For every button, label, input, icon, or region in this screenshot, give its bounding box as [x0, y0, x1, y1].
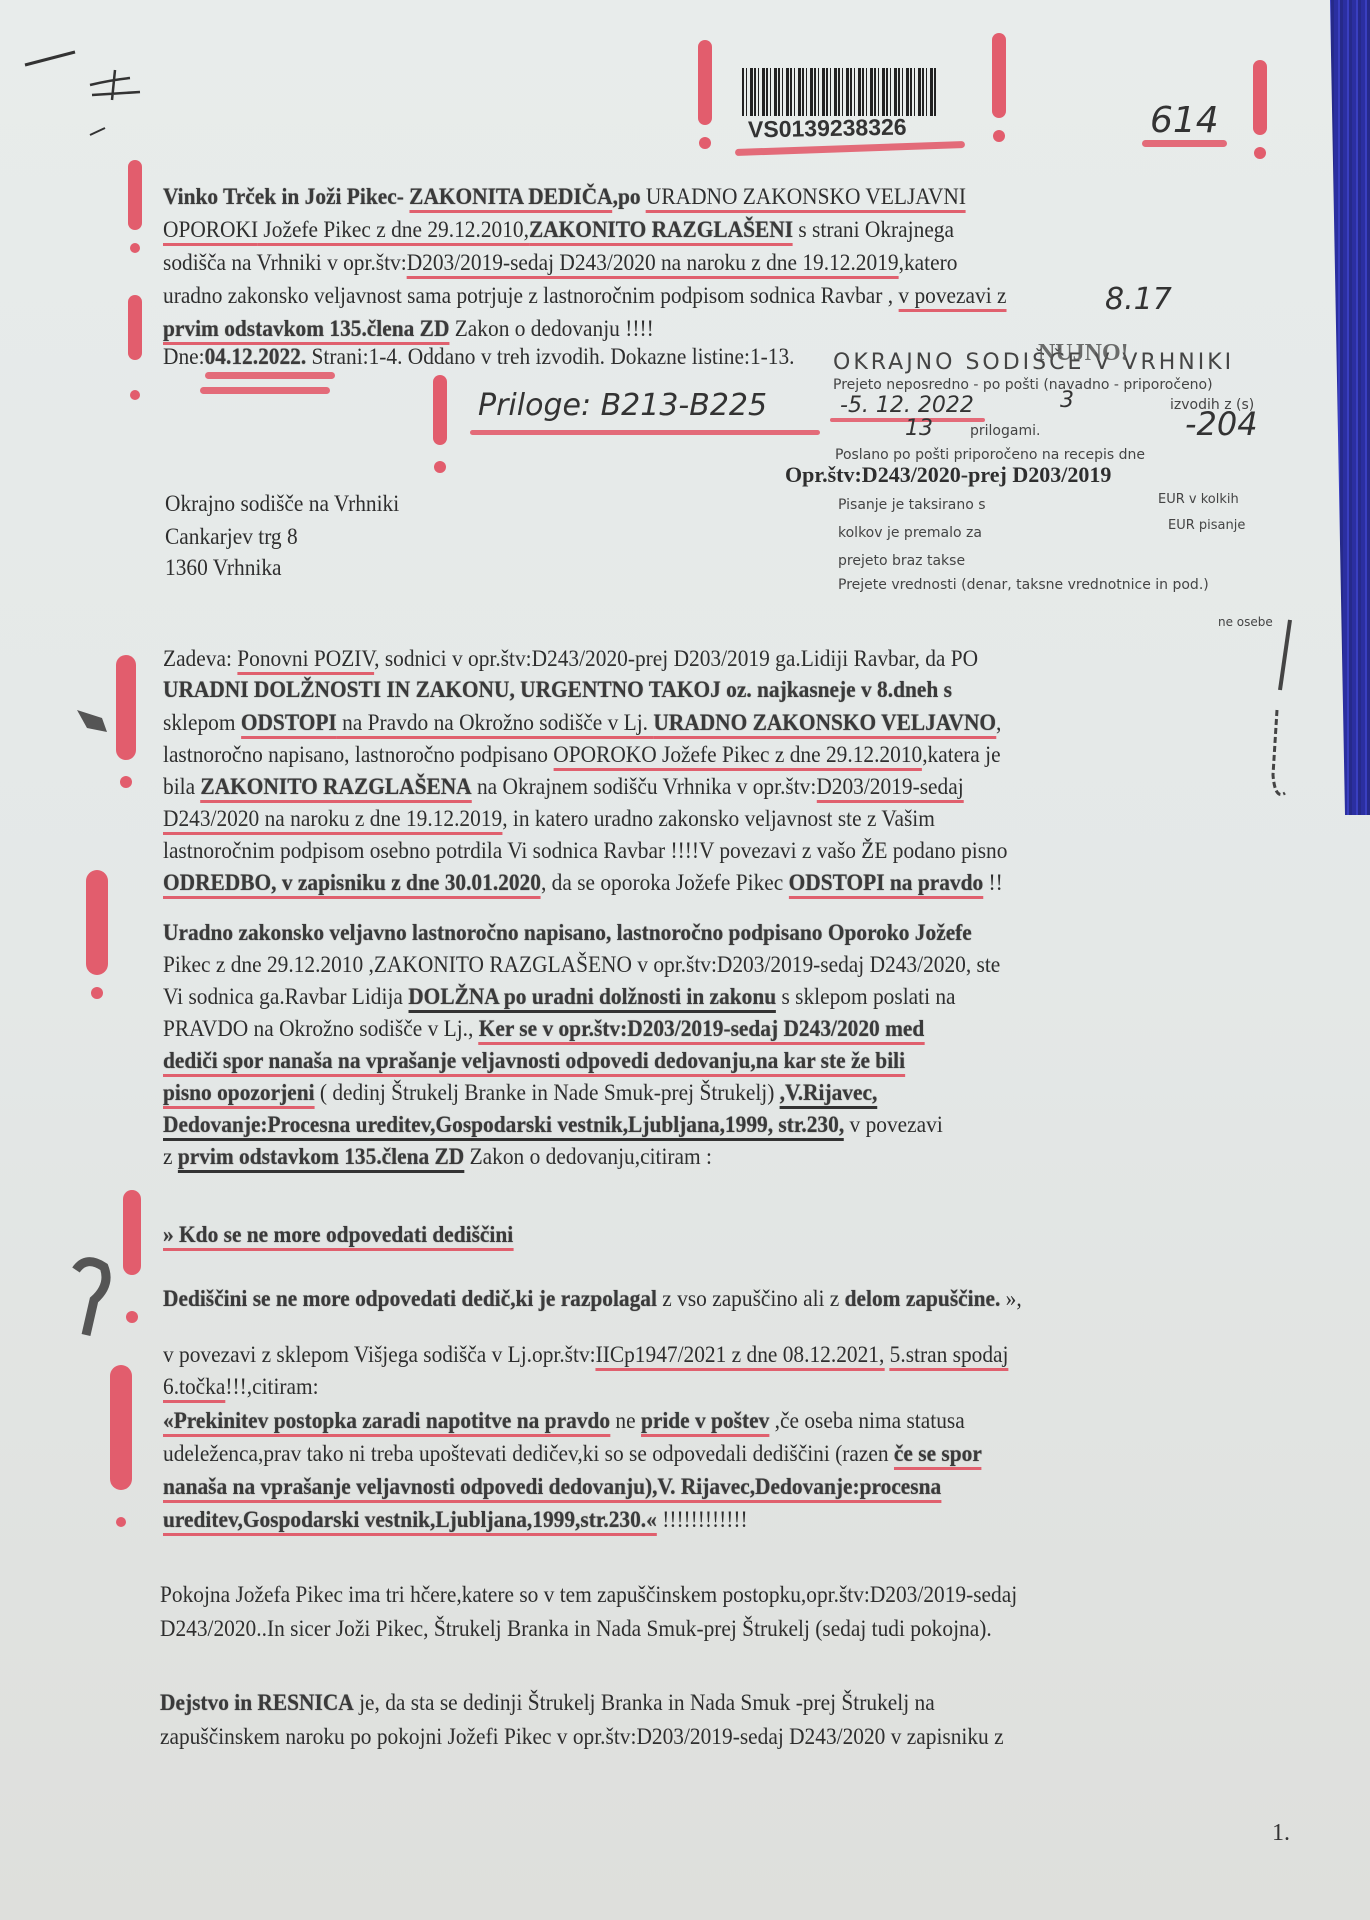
stamp-fee-line-2: kolkov je premalo za [838, 525, 982, 541]
header-line-2: OPOROKI Jožefe Pikec z dne 29.12.2010,ZA… [163, 213, 954, 246]
red-exclamation-margin-icon [108, 650, 144, 850]
handwritten-number: 614 [1150, 100, 1219, 141]
para2-line-6: pisno opozorjeni ( dedinj Štrukelj Brank… [163, 1076, 877, 1109]
para2-line-2: Pikec z dne 29.12.2010 ,ZAKONITO RAZGLAŠ… [163, 948, 1000, 981]
recipient-name: Okrajno sodišče na Vrhniki [165, 487, 399, 520]
stamp-fee-line-1-end: EUR v kolkih [1158, 492, 1239, 507]
subject-line-3: sklepom ODSTOPI na Pravdo na Okrožno sod… [163, 706, 1001, 739]
para4-line-1: Pokojna Jožefa Pikec ima tri hčere,kater… [160, 1578, 1017, 1611]
case-number: Opr.štv:D243/2020-prej D203/2019 [785, 462, 1111, 488]
para3-line-4: udeleženca,prav tako ni treba upoštevati… [163, 1437, 982, 1470]
stamp-received-date: -5. 12. 2022 [840, 393, 974, 418]
red-exclamation-icon [425, 370, 455, 485]
stamp-copies-value: 3 [1060, 388, 1074, 413]
recipient-city: 1360 Vrhnika [165, 551, 282, 584]
urgent-stamp: NUJNO! [1038, 340, 1129, 367]
para5-line-2: zapuščinskem naroku po pokojni Jožefi Pi… [160, 1720, 1004, 1753]
stamp-fee-line-3: prejeto braz takse [838, 553, 965, 569]
para2-line-5: dediči spor nanaša na vprašanje veljavno… [163, 1044, 905, 1077]
para3-line-3: «Prekinitev postopka zaradi napotitve na… [163, 1404, 965, 1437]
red-exclamation-icon [690, 35, 720, 155]
recipient-street: Cankarjev trg 8 [165, 520, 298, 553]
para4-line-2: D243/2020..In sicer Joži Pikec, Štrukelj… [160, 1612, 992, 1645]
para2-line-3: Vi sodnica ga.Ravbar Lidija DOLŽNA po ur… [163, 980, 956, 1013]
pen-scribble-icon [20, 40, 160, 140]
para5-line-1: Dejstvo in RESNICA je, da sta se dedinji… [160, 1686, 935, 1719]
subject-line-6: D243/2020 na naroku z dne 19.12.2019, in… [163, 802, 935, 835]
court-stamp-title: OKRAJNO SODIŠČE V VRHNIKI [833, 350, 1234, 375]
para3-line-5: nanaša na vprašanje veljavnosti odpovedi… [163, 1470, 941, 1503]
stamp-fee-line-5-end: ne osebe [1218, 615, 1273, 629]
para2-line-8: z prvim odstavkom 135.člena ZD Zakon o d… [163, 1140, 712, 1173]
subject-line-5: bila ZAKONITO RAZGLAŠENA na Okrajnem sod… [163, 770, 964, 803]
red-exclamation-margin-icon [78, 865, 114, 1065]
subject-line-4: lastnoročno napisano, lastnoročno podpis… [163, 738, 1001, 771]
handwritten-margin-note: 8.17 [1105, 282, 1172, 317]
pen-question-mark-icon [66, 1255, 116, 1345]
quote-text: Dediščini se ne more odpovedati dedič,ki… [163, 1282, 1022, 1315]
header-line-6: Dne:04.12.2022. Strani:1-4. Oddano v tre… [163, 340, 794, 373]
stamp-fee-line-1: Pisanje je taksirano s [838, 497, 986, 513]
highlight-underline [200, 387, 330, 394]
stamp-attachments-value: 13 [905, 416, 933, 441]
red-exclamation-margin-icon [115, 1185, 147, 1345]
red-exclamation-margin-icon [104, 1360, 136, 1540]
highlight-underline [205, 372, 335, 379]
header-line-1: Vinko Trček in Joži Pikec- ZAKONITA DEDI… [163, 180, 966, 213]
page-number: 1. [1272, 1820, 1290, 1847]
barcode [742, 68, 937, 116]
pen-bracket-icon [1255, 615, 1305, 815]
stamp-fee-line-2-end: EUR pisanje [1168, 518, 1245, 533]
barcode-id: VS0139238326 [748, 114, 907, 144]
subject-line-7: lastnoročnim podpisom osebno potrdila Vi… [163, 834, 1007, 867]
stamp-sent-line: Poslano po pošti priporočeno na recepis … [835, 447, 1145, 463]
red-exclamation-icon [1245, 55, 1275, 165]
header-line-3: sodišča na Vrhniki v opr.štv:D203/2019-s… [163, 246, 957, 279]
para2-line-1: Uradno zakonsko veljavno lastnoročno nap… [163, 916, 972, 949]
subject-line-2: URADNI DOLŽNOSTI IN ZAKONU, URGENTNO TAK… [163, 673, 952, 706]
highlight-underline [1142, 140, 1227, 147]
para2-line-7: Dedovanje:Procesna ureditev,Gospodarski … [163, 1108, 943, 1141]
attachments-note: Priloge: B213-B225 [478, 388, 767, 423]
highlight-underline [470, 430, 820, 435]
para3-line-6: ureditev,Gospodarski vestnik,Ljubljana,1… [163, 1503, 748, 1536]
stamp-attachments-label: prilogami. [970, 423, 1040, 439]
para2-line-4: PRAVDO na Okrožno sodišče v Lj., Ker se … [163, 1012, 924, 1045]
subject-line-8: ODREDBO, v zapisniku z dne 30.01.2020, d… [163, 866, 1003, 899]
stamp-fee-line-4: Prejete vrednosti (denar, taksne vrednot… [838, 577, 1209, 593]
para3-line-2: 6.točka!!!,citiram: [163, 1370, 319, 1403]
para3-line-1: v povezavi z sklepom Višjega sodišča v L… [163, 1338, 1009, 1371]
red-exclamation-icon [984, 28, 1014, 148]
header-line-4: uradno zakonsko veljavnost sama potrjuje… [163, 279, 1007, 312]
stamp-received-line: Prejeto neposredno - po pošti (navadno -… [833, 377, 1213, 393]
pen-smudge-icon [72, 700, 112, 740]
stamp-handwritten-code: -204 [1185, 405, 1258, 443]
quote-heading: » Kdo se ne more odpovedati dediščini [163, 1218, 513, 1251]
subject-line-1: Zadeva: Ponovni POZIV, sodnici v opr.štv… [163, 642, 978, 675]
red-exclamation-margin-icon [120, 155, 150, 415]
